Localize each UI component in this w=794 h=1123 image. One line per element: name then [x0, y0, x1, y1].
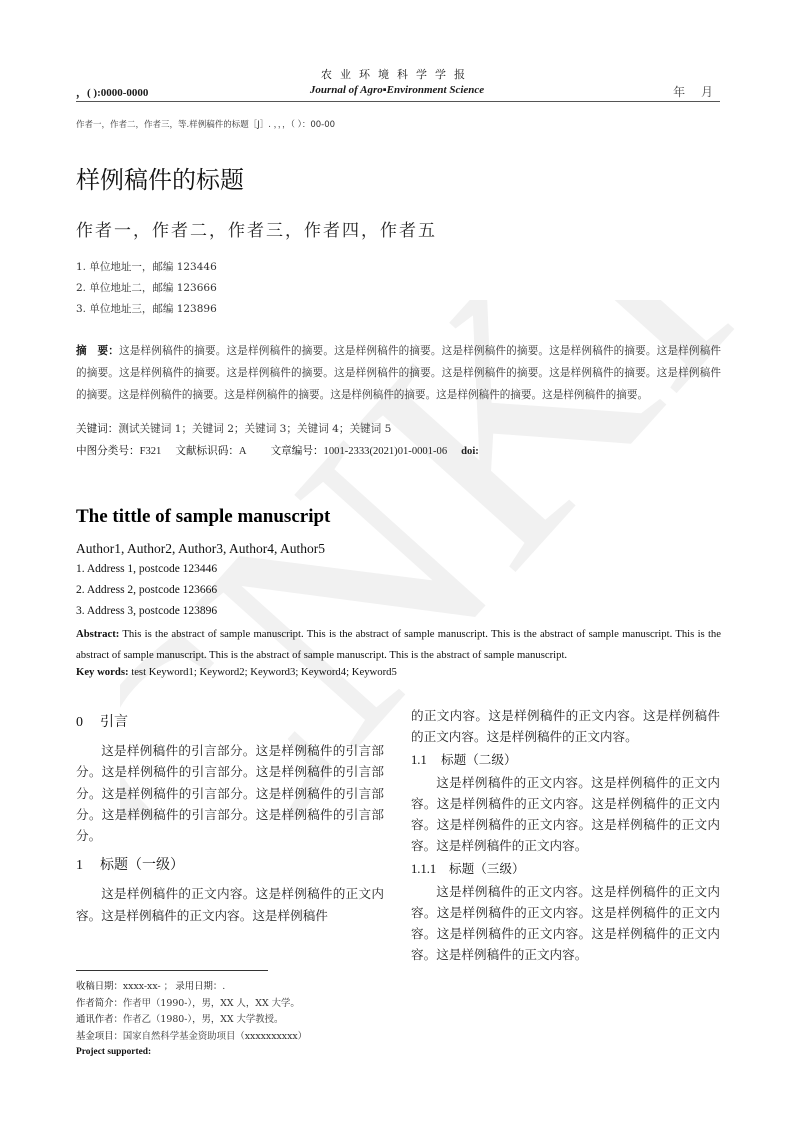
doc-code-value: A	[239, 446, 247, 457]
fund-label: 基金项目：	[76, 1031, 123, 1042]
accepted-value: .	[222, 981, 225, 992]
affiliation-cn-1: 1. 单位地址一，邮编 123446	[76, 259, 217, 274]
intro-paragraph: 这是样例稿件的引言部分。这是样例稿件的引言部分。这是样例稿件的引言部分。这是样例…	[76, 740, 384, 846]
affiliation-cn-2: 2. 单位地址二，邮编 123666	[76, 280, 217, 295]
accepted-label: 录用日期：	[175, 981, 222, 992]
section-title: 标题（一级）	[100, 857, 184, 873]
received-value: xxxx-xx- ；	[123, 981, 173, 992]
authors-cn: 作者一，作者二，作者三，作者四，作者五	[76, 216, 437, 241]
keywords-en: Key words: test Keyword1; Keyword2; Keyw…	[76, 666, 397, 678]
abstract-en-text: This is the abstract of sample manuscrip…	[76, 628, 721, 661]
footnote-rule	[76, 970, 268, 971]
authors-en: Author1, Author2, Author3, Author4, Auth…	[76, 541, 325, 557]
body-paragraph: 这是样例稿件的正文内容。这是样例稿件的正文内容。这是样例稿件的正文内容。这是样例…	[76, 883, 384, 925]
year-month: 年 月	[673, 83, 719, 100]
clc-label: 中图分类号：	[76, 445, 140, 457]
section-heading-1-1-1: 1.1.1标题（三级）	[411, 858, 720, 880]
abstract-cn-text: 这是样例稿件的摘要。这是样例稿件的摘要。这是样例稿件的摘要。这是样例稿件的摘要。…	[76, 345, 721, 401]
footnote-fund: 基金项目：国家自然科学基金资助项目（xxxxxxxxxx）	[76, 1029, 307, 1046]
title-en: The tittle of sample manuscript	[76, 506, 330, 528]
doc-code-label: 文献标识码：	[175, 445, 239, 457]
classification-line: 中图分类号：F321文献标识码：A文章编号：1001-2333(2021)01-…	[76, 443, 479, 458]
footnotes: 收稿日期：xxxx-xx- ； 录用日期：. 作者简介：作者甲（1990-），男…	[76, 979, 307, 1061]
keywords-en-text: test Keyword1; Keyword2; Keyword3; Keywo…	[129, 666, 397, 678]
journal-name-cn: 农业环境科学学报	[0, 66, 794, 82]
article-no-label: 文章编号：	[271, 445, 324, 457]
doi-label: doi:	[461, 446, 479, 457]
body-paragraph: 这是样例稿件的正文内容。这是样例稿件的正文内容。这是样例稿件的正文内容。这是样例…	[411, 881, 720, 966]
article-no-value: 1001-2333(2021)01-0001-06	[324, 446, 448, 457]
received-label: 收稿日期：	[76, 981, 123, 992]
footnote-bio: 作者简介：作者甲（1990-），男，XX 人，XX 大学。	[76, 996, 307, 1013]
abstract-cn-label: 摘 要：	[76, 345, 119, 357]
body-column-left: 0引言 这是样例稿件的引言部分。这是样例稿件的引言部分。这是样例稿件的引言部分。…	[76, 712, 384, 926]
keywords-cn-label: 关键词：	[76, 423, 118, 435]
corr-value: 作者乙（1980-），男，XX 大学教授。	[123, 1014, 284, 1025]
abstract-en: Abstract: This is the abstract of sample…	[76, 624, 721, 666]
affiliation-en-1: 1. Address 1, postcode 123446	[76, 563, 217, 575]
footnote-project: Project supported:	[76, 1045, 307, 1061]
body-column-right: 的正文内容。这是样例稿件的正文内容。这是样例稿件的正文内容。这是样例稿件的正文内…	[411, 705, 720, 965]
section-number: 1.1.1	[411, 859, 449, 880]
section-title: 标题（二级）	[441, 752, 517, 767]
corr-label: 通讯作者：	[76, 1014, 123, 1025]
body-paragraph: 这是样例稿件的正文内容。这是样例稿件的正文内容。这是样例稿件的正文内容。这是样例…	[411, 772, 720, 857]
section-title: 引言	[100, 714, 128, 730]
abstract-en-label: Abstract:	[76, 628, 119, 640]
section-number: 1.1	[411, 750, 441, 771]
keywords-cn-text: 测试关键词 1；关键词 2；关键词 3；关键词 4；关键词 5	[118, 423, 391, 435]
bio-value: 作者甲（1990-），男，XX 人，XX 大学。	[123, 998, 300, 1009]
affiliation-en-3: 3. Address 3, postcode 123896	[76, 605, 217, 617]
abstract-cn: 摘 要：这是样例稿件的摘要。这是样例稿件的摘要。这是样例稿件的摘要。这是样例稿件…	[76, 340, 721, 406]
section-heading-0: 0引言	[76, 712, 384, 733]
body-paragraph-continued: 的正文内容。这是样例稿件的正文内容。这是样例稿件的正文内容。这是样例稿件的正文内…	[411, 705, 720, 747]
section-title: 标题（三级）	[449, 861, 525, 876]
affiliation-en-2: 2. Address 2, postcode 123666	[76, 584, 217, 596]
title-cn: 样例稿件的标题	[76, 160, 244, 195]
footnote-dates: 收稿日期：xxxx-xx- ； 录用日期：.	[76, 979, 307, 996]
keywords-en-label: Key words:	[76, 666, 129, 678]
bio-label: 作者简介：	[76, 998, 123, 1009]
keywords-cn: 关键词：测试关键词 1；关键词 2；关键词 3；关键词 4；关键词 5	[76, 421, 391, 436]
fund-value: 国家自然科学基金资助项目（xxxxxxxxxx）	[123, 1031, 307, 1042]
citation-line: 作者一，作者二，作者三，等.样例稿件的标题［J］. ，，，（ ）：00-00	[76, 118, 335, 130]
footnote-corresponding: 通讯作者：作者乙（1980-），男，XX 大学教授。	[76, 1012, 307, 1029]
section-number: 0	[76, 712, 100, 733]
clc-value: F321	[140, 446, 162, 457]
section-number: 1	[76, 855, 100, 876]
section-heading-1-1: 1.1标题（二级）	[411, 749, 720, 771]
header-rule	[76, 101, 720, 102]
project-supported-label: Project supported:	[76, 1047, 151, 1057]
affiliation-cn-3: 3. 单位地址三，邮编 123896	[76, 301, 217, 316]
section-heading-1: 1标题（一级）	[76, 855, 384, 876]
